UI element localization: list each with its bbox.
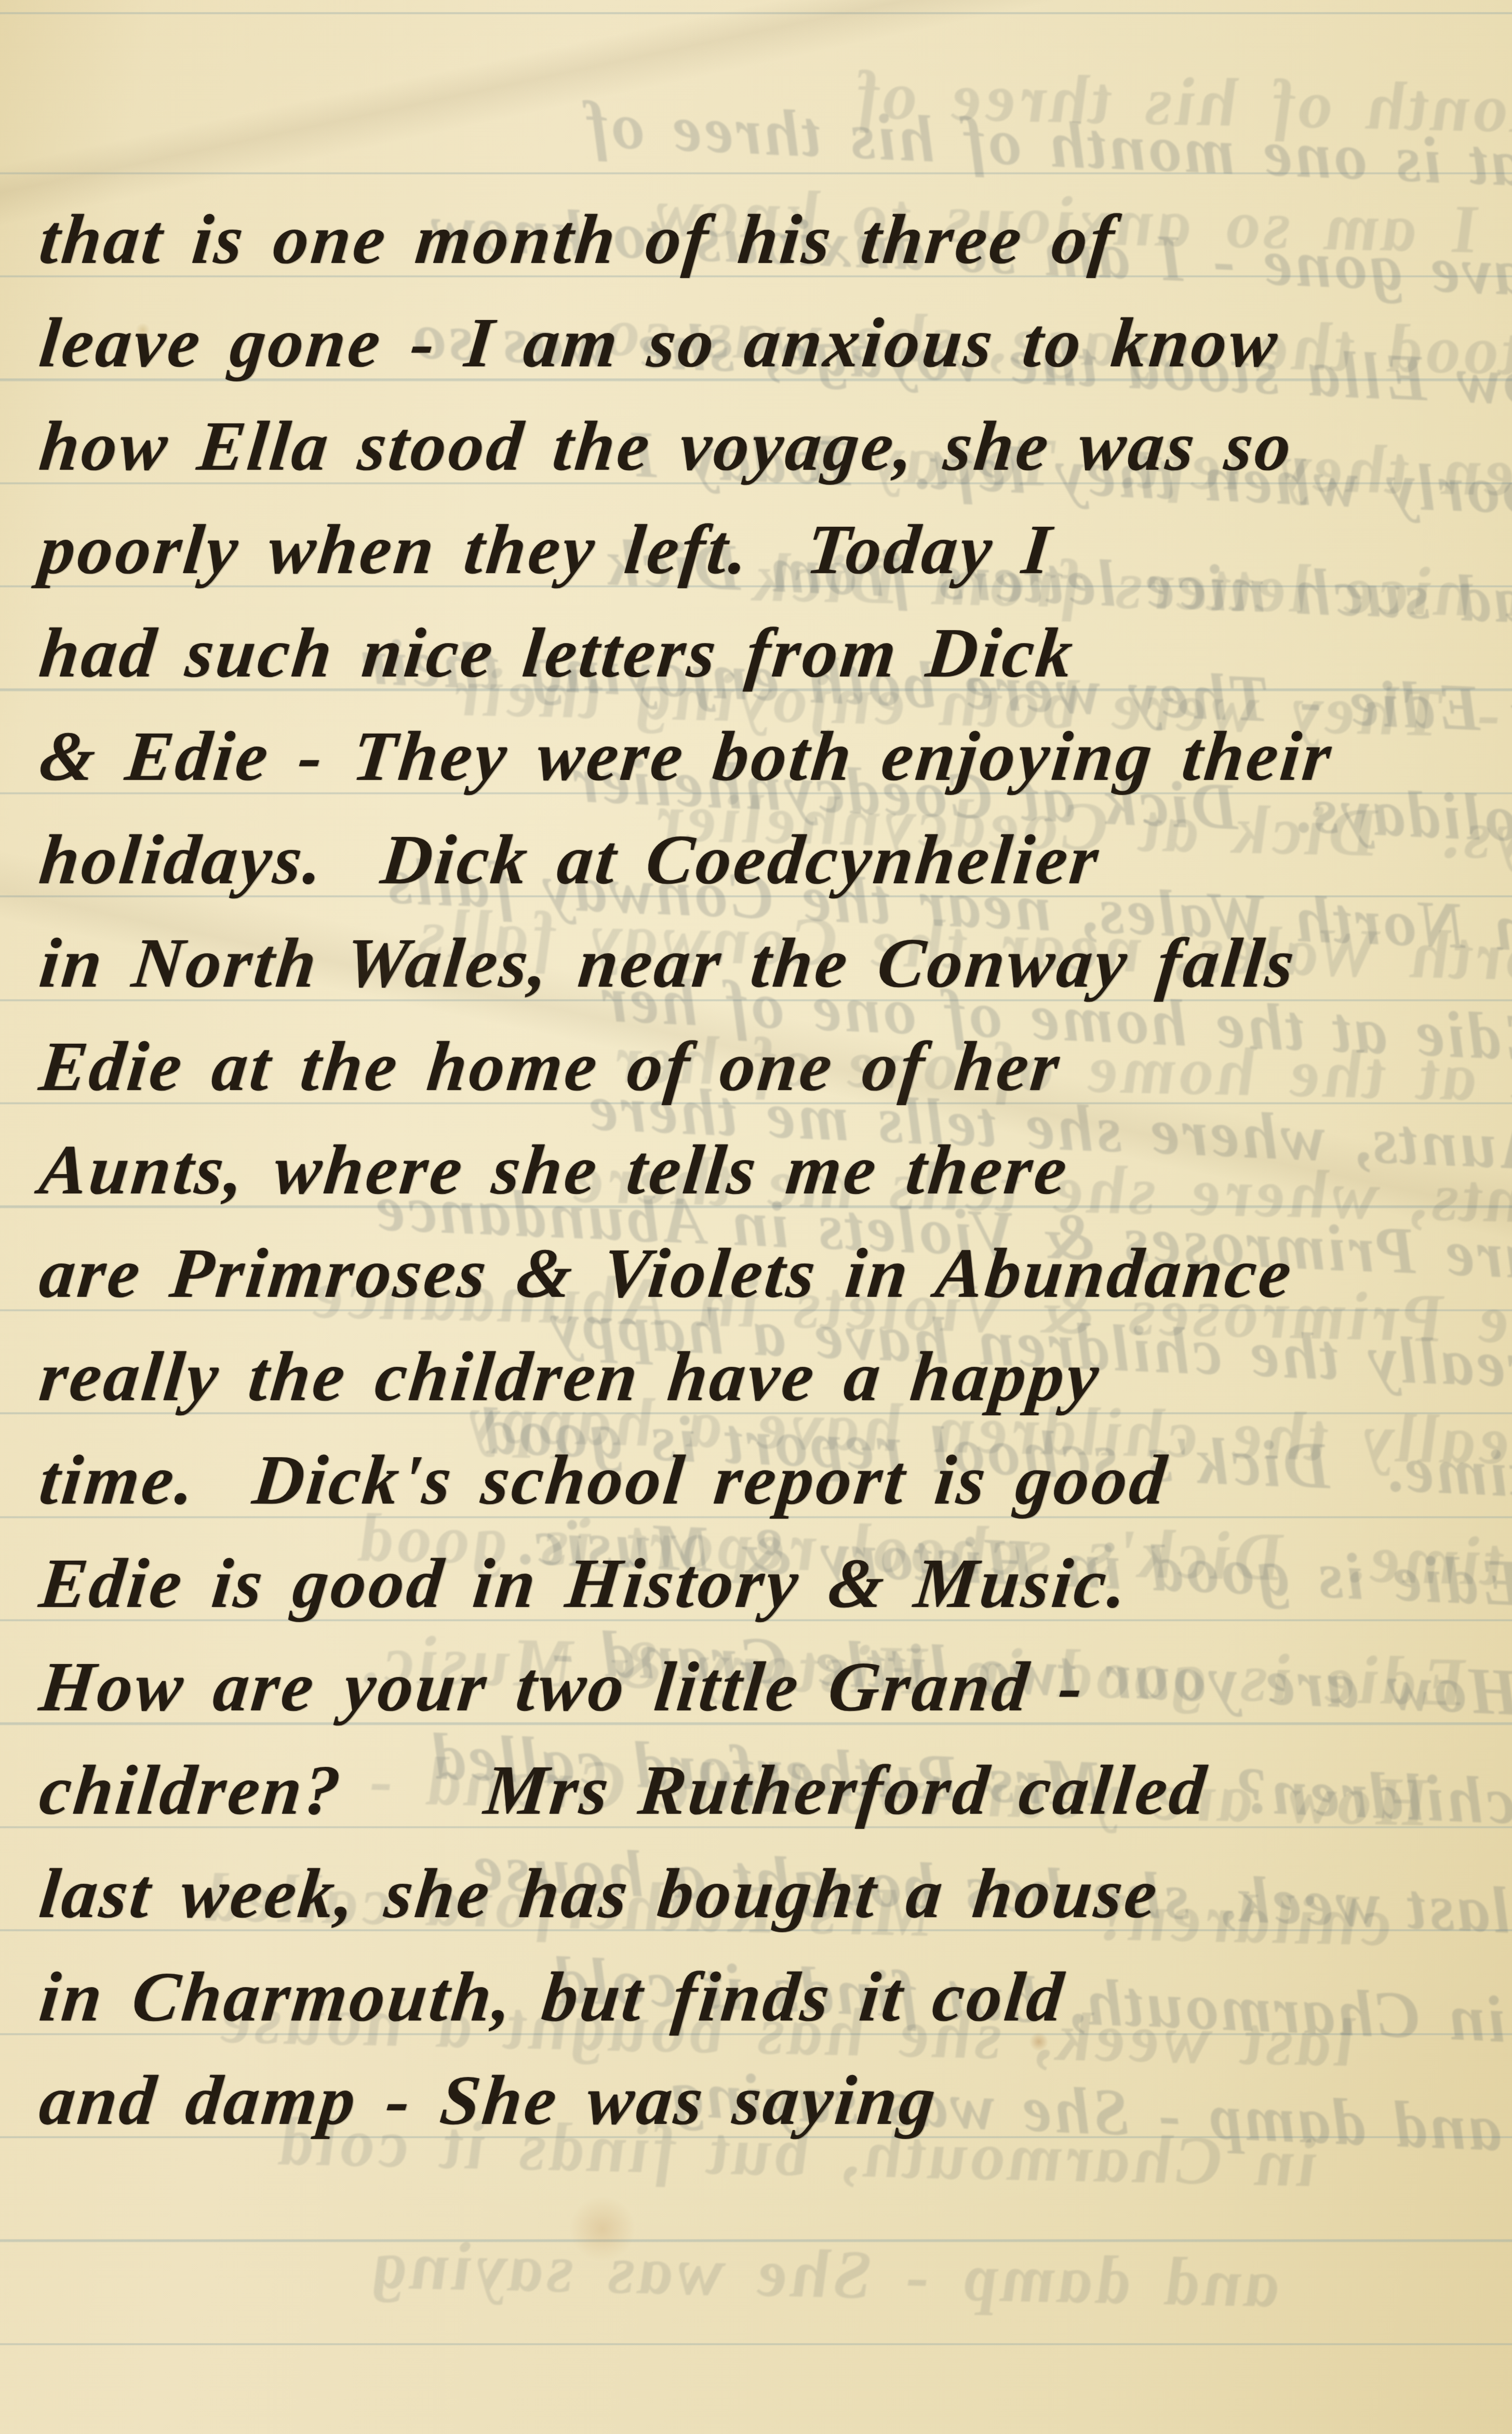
letter-line: that is one month of his three of [34,191,1502,295]
letter-line: leave gone - I am so anxious to know [34,295,1502,398]
letter-line: really the children have a happy [34,1328,1502,1432]
letter-line: poorly when they left. Today I [34,501,1502,605]
letter-line: how Ella stood the voyage, she was so [34,398,1502,501]
letter-line: and damp - She was saying [34,2052,1502,2156]
letter-body: that is one month of his three ofleave g… [34,191,1491,2156]
letter-line: Edie is good in History & Music. [34,1535,1502,1639]
letter-line: holidays. Dick at Coedcynhelier [34,812,1502,915]
letter-line: had such nice letters from Dick [34,605,1502,708]
letter-page: that is one month of his three of leave … [0,0,1512,2434]
letter-line: How are your two little Grand - [34,1639,1502,1742]
letter-line: time. Dick's school report is good [34,1432,1502,1535]
letter-line: & Edie - They were both enjoying their [34,708,1502,812]
letter-line: children? Mrs Rutherford called [34,1742,1502,1845]
letter-line: Edie at the home of one of her [34,1018,1502,1122]
letter-line: last week, she has bought a house [34,1845,1502,1949]
letter-line: in North Wales, near the Conway falls [34,915,1502,1018]
letter-line: Aunts, where she tells me there [34,1122,1502,1225]
letter-line: in Charmouth, but finds it cold [34,1949,1502,2052]
letter-line: are Primroses & Violets in Abundance [34,1225,1502,1328]
